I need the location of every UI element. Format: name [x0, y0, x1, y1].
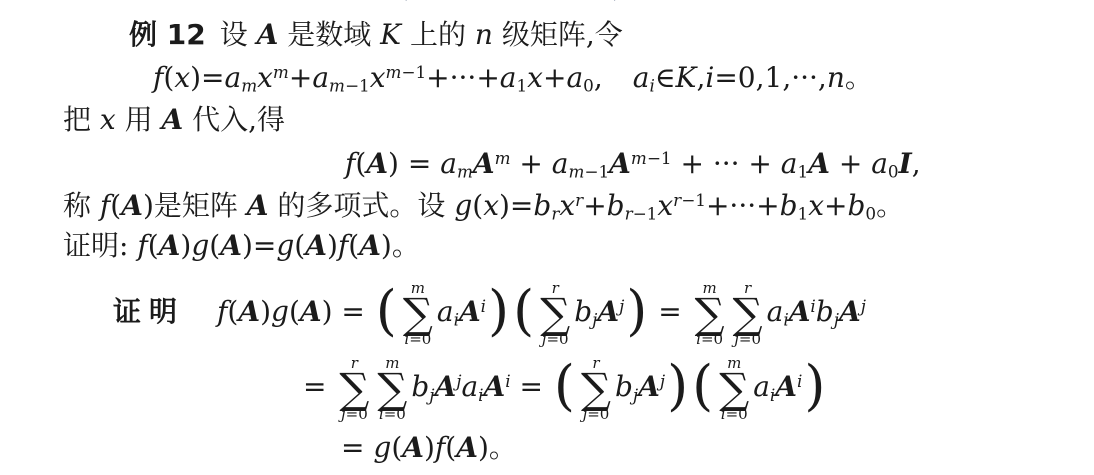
proof-step-2: = r∑j=0m∑i=0bjAjaiAi = (r∑j=0bjAj)(m∑i=0… — [303, 355, 827, 422]
proof-step-1: 证明f(A)g(A) = (m∑i=0aiAi)(r∑j=0bjAj) = m∑… — [113, 280, 866, 347]
formula-f-of-A: f(A) = amAm + am−1Am−1 + ··· + a1A + a0I… — [345, 146, 921, 181]
claim-to-prove: 证明: f(A)g(A)=g(A)f(A)。 — [63, 228, 420, 263]
example-number-label: 例 12 — [129, 18, 206, 51]
textbook-page: ( ) 例 12设 A 是数域 K 上的 n 级矩阵,令 f(x)=amxm+a… — [0, 0, 1094, 475]
cutoff-right-paren: ) — [612, 0, 624, 2]
cutoff-formula-fragment: ( ) — [0, 0, 1094, 10]
proof-step-3: = g(A)f(A)。 — [341, 430, 517, 465]
polynomial-definition-and-g: 称 f(A)是矩阵 A 的多项式。设 g(x)=brxr+br−1xr−1+··… — [63, 188, 904, 223]
cutoff-left-paren: ( — [397, 0, 409, 2]
formula-f-of-x: f(x)=amxm+am−1xm−1+···+a1x+a0,ai∈K,i=0,1… — [153, 60, 873, 95]
substitute-x-with-A-text: 把 x 用 A 代入,得 — [63, 102, 285, 137]
proof-label: 证明 — [113, 295, 185, 328]
example-statement: 设 A 是数域 K 上的 n 级矩阵,令 — [220, 18, 623, 51]
example-heading: 例 12设 A 是数域 K 上的 n 级矩阵,令 — [129, 17, 623, 52]
proof-step-1-formula: f(A)g(A) = (m∑i=0aiAi)(r∑j=0bjAj) = m∑i=… — [217, 295, 866, 328]
